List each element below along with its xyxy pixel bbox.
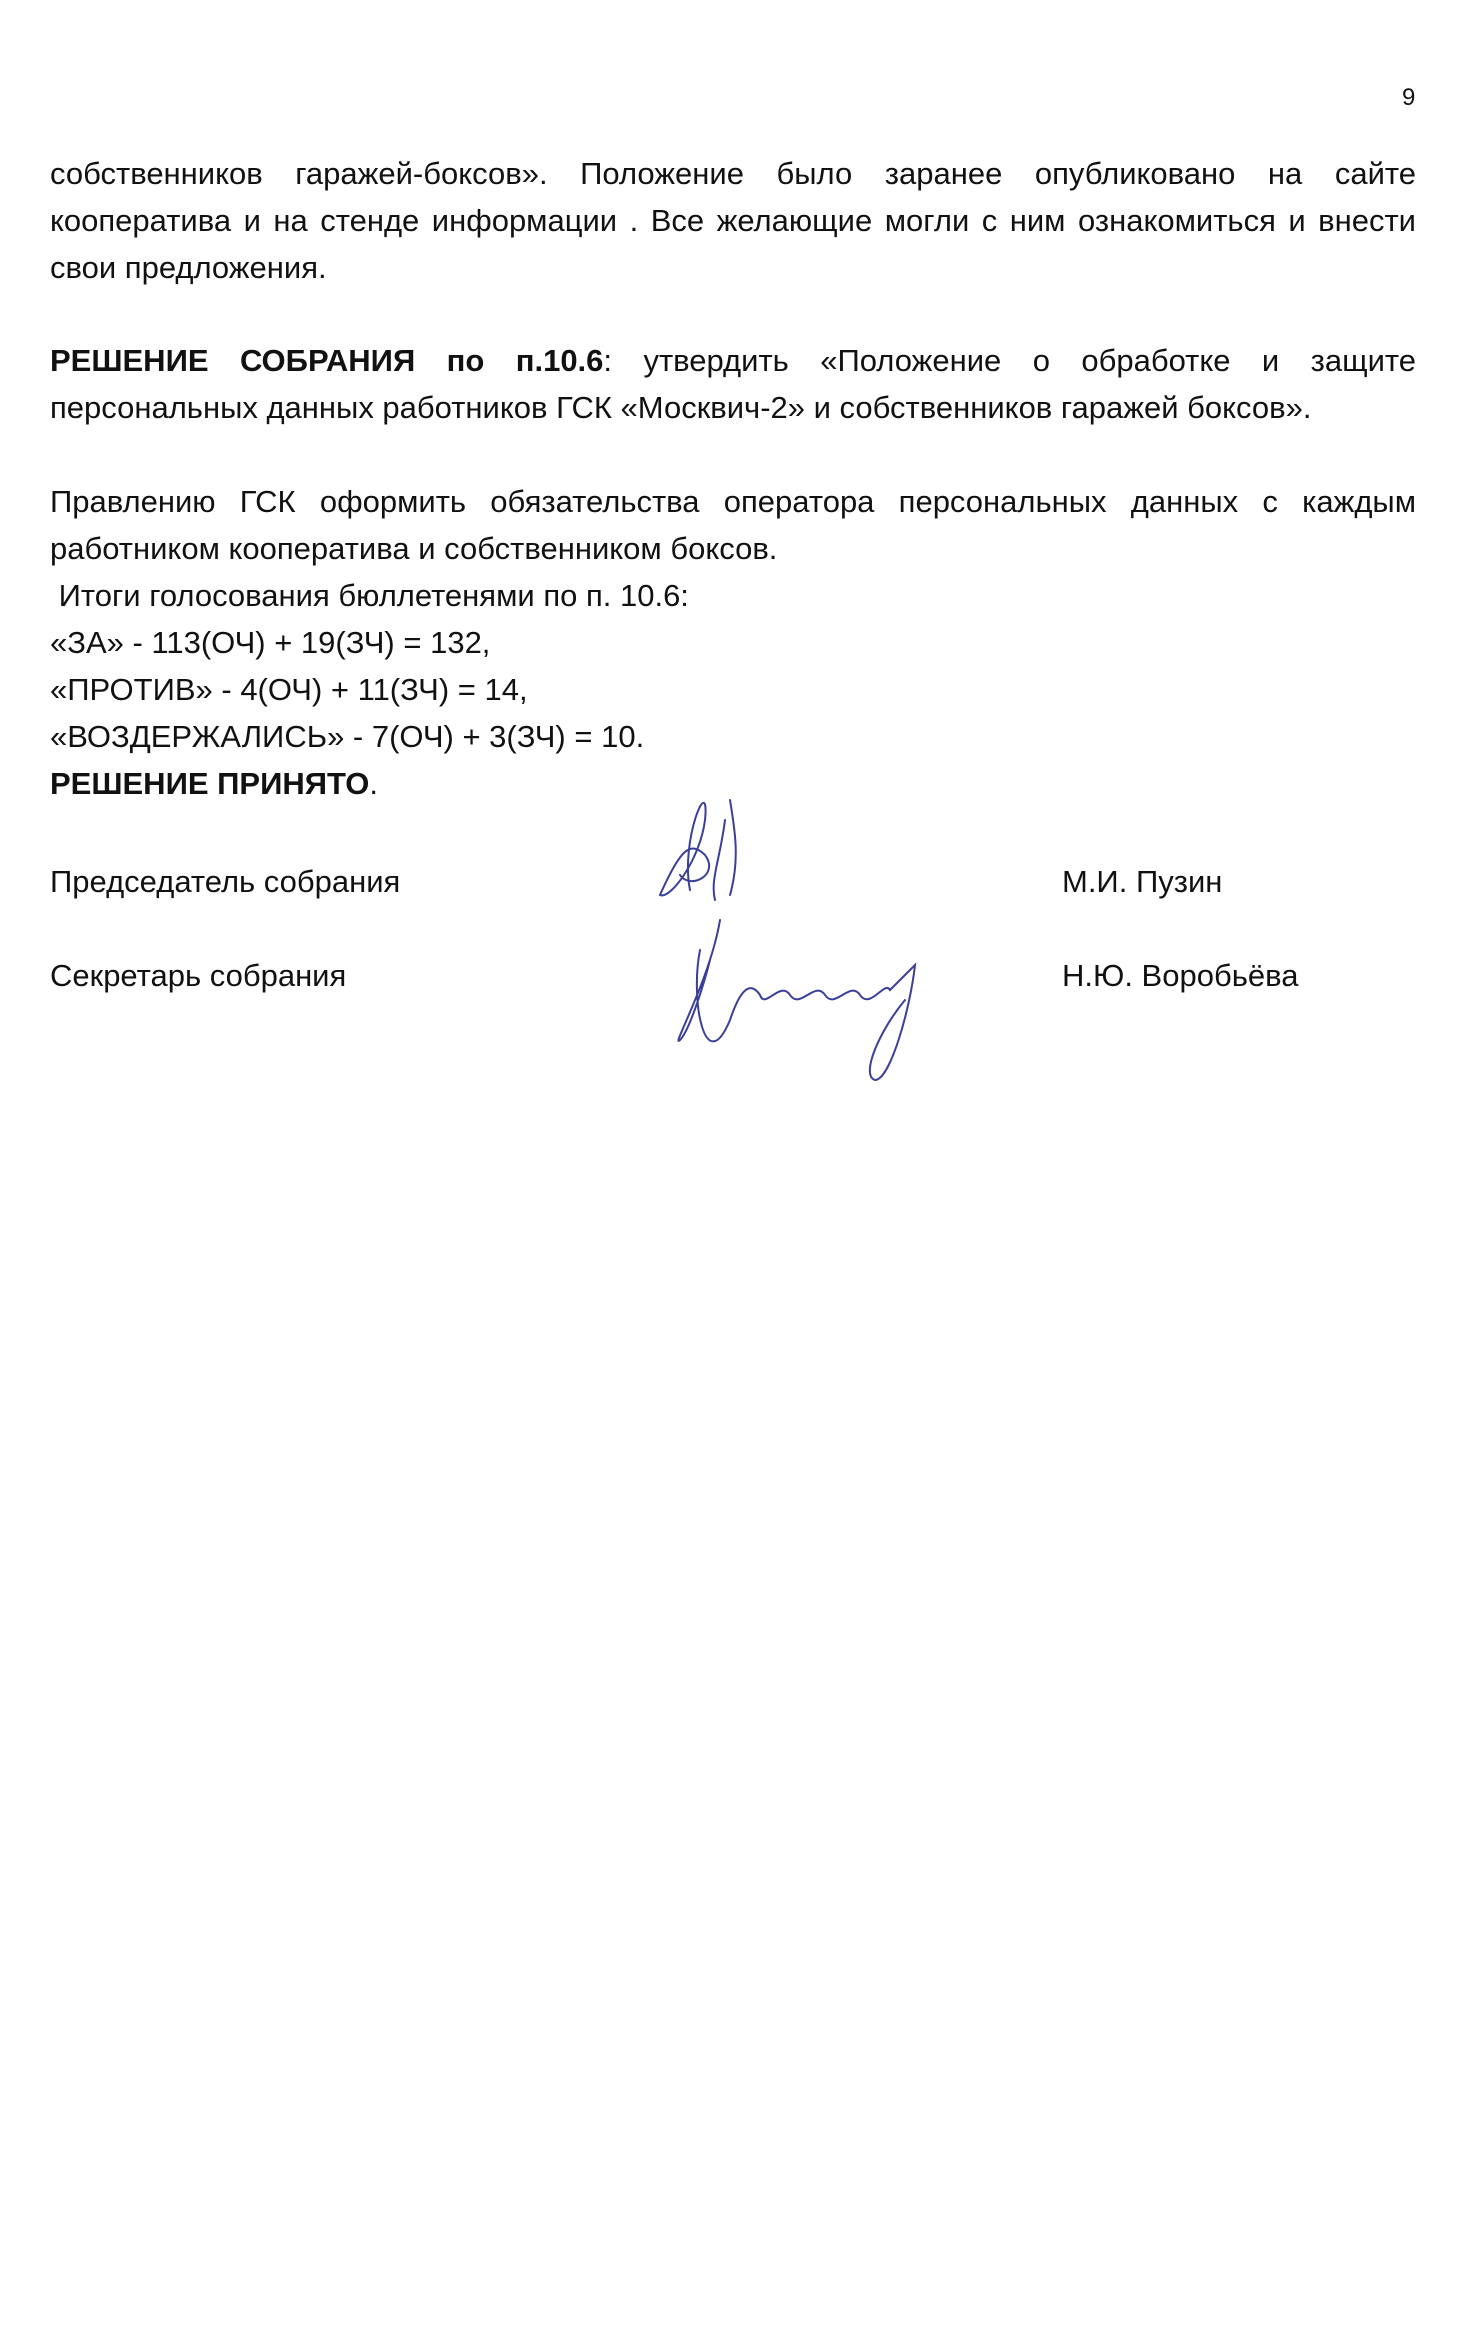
secretary-name: Н.Ю. Воробьёва: [1062, 956, 1298, 996]
voting-section: Итоги голосования бюллетенями по п. 10.6…: [50, 572, 1416, 807]
handwritten-signatures: [650, 780, 970, 1090]
vote-abstain: «ВОЗДЕРЖАЛИСЬ» - 7(ОЧ) + 3(ЗЧ) = 10.: [50, 713, 1416, 760]
secretary-signature: [678, 920, 915, 1080]
voting-title: Итоги голосования бюллетенями по п. 10.6…: [50, 572, 1416, 619]
chair-signature: [660, 800, 736, 900]
page-number: 9: [1402, 84, 1415, 112]
decision-instruction: Правлению ГСК оформить обязательства опе…: [50, 478, 1416, 572]
chair-role: Председатель собрания: [50, 862, 400, 902]
intro-paragraph: собственников гаражей-боксов». Положение…: [50, 150, 1416, 291]
chair-name: М.И. Пузин: [1062, 862, 1222, 902]
decision-heading: РЕШЕНИЕ СОБРАНИЯ по п.10.6: [50, 343, 603, 378]
decision-paragraph: РЕШЕНИЕ СОБРАНИЯ по п.10.6: утвердить «П…: [50, 337, 1416, 431]
secretary-role: Секретарь собрания: [50, 956, 346, 996]
vote-for: «ЗА» - 113(ОЧ) + 19(ЗЧ) = 132,: [50, 619, 1416, 666]
vote-against: «ПРОТИВ» - 4(ОЧ) + 11(ЗЧ) = 14,: [50, 666, 1416, 713]
